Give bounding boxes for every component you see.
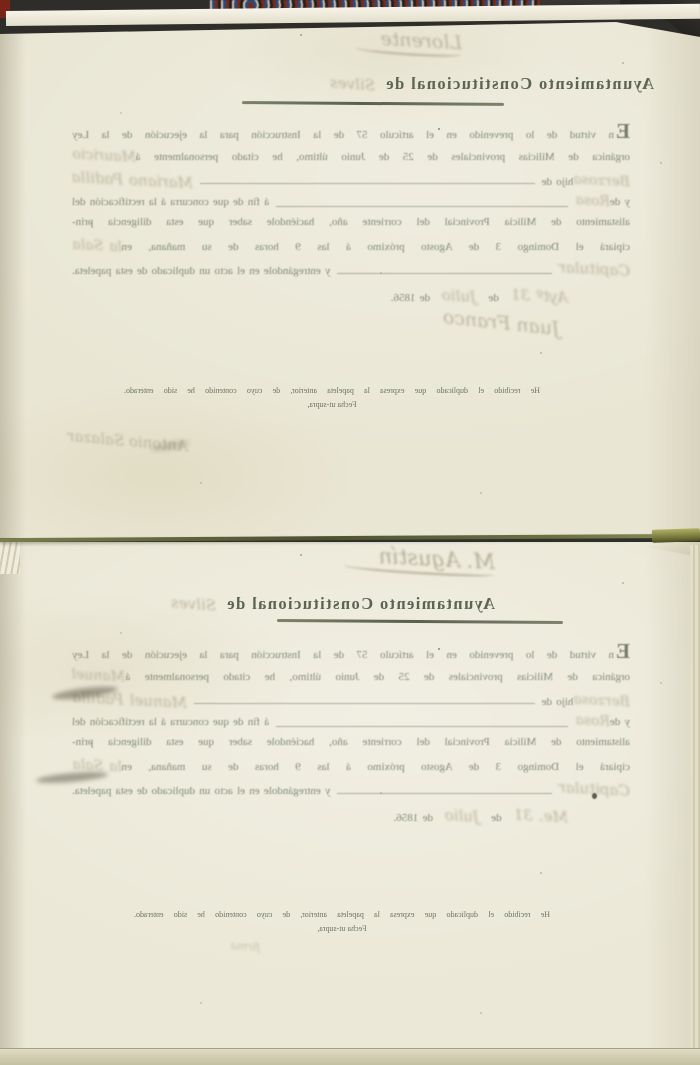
handwriting-town: Silves [329,73,375,94]
handwriting-town: Silves [170,593,216,614]
body-line-1: E n virtud de lo prevenido en el artícul… [72,646,630,668]
body-line-6: cipiará el Domingo 3 de Agosto próximo á… [72,758,630,780]
form-title: Ayuntamiento Constitucional de [385,74,654,94]
receipt-signature: firma [230,939,260,954]
handwriting-mother: Rosa [575,712,610,730]
form-body: E n virtud de lo prevenido en el artícul… [72,126,630,305]
paper-specks [0,22,2,24]
handwriting-month: Julio [442,286,477,306]
blank-rule [200,183,534,184]
handwriting-top: Llorente [380,28,463,58]
form-title: Ayuntamiento Constitucional de [226,594,495,614]
drop-cap: E [616,126,630,136]
handwriting-month: Julio [444,806,479,826]
printed-year: de 1856. [394,812,433,824]
handwriting-place: Capitular [558,258,630,280]
handwriting-mother: Rosa [575,192,610,210]
body-line-7: Capitular y entregándole en el acto un d… [72,260,630,282]
blank-rule [194,703,535,704]
body-line-7: Capitular y entregándole en el acto un d… [72,780,630,802]
receipt-clause: He recibido el duplicado que expresa la … [124,384,540,412]
title-underline [277,619,563,623]
body-line-4: y de Rosa á fin de que concurra á la rec… [72,193,630,215]
handwriting-name: Berzosa [573,171,630,190]
body-line-6: cipiará el Domingo 3 de Agosto próximo á… [72,238,630,260]
body-line-1: E n virtud de lo prevenido en el artícul… [72,126,630,148]
page-stack-edges [0,540,20,574]
binding-tab [652,528,700,543]
date-line: Me. 31 de Julio de 1856. [72,807,630,825]
handwriting-top: M. Agustín [378,544,496,578]
drop-cap: E [616,646,630,656]
handwriting-name: Manuel [72,667,126,686]
handwriting-place: la Sala [72,237,122,256]
blank-rule [276,206,568,207]
page-edge-right [690,545,700,1048]
date-line: Aytº 31 de Julio de 1856. [72,287,630,305]
handwriting-name: Berzosa [573,691,630,710]
ink-dot [592,793,597,799]
blank-rule [276,726,568,727]
document-page: Llorente Ayuntamiento Constitucional de … [0,22,700,538]
handwriting-town-day: Me. 31 [513,805,568,826]
mirrored-bleedthrough-content: Llorente Ayuntamiento Constitucional de … [0,22,700,538]
body-line-5: alistamiento de Milicia Provincial del c… [72,736,630,758]
document-page: M. Agustín Ayuntamiento Constitucional d… [0,542,700,1050]
body-line-5: alistamiento de Milicia Provincial del c… [72,216,630,238]
body-line-2: orgánica de Milicias provinciales de 25 … [72,148,630,170]
body-line-3: Berzosa hijo de Mariano Padilla [72,171,630,193]
form-body: E n virtud de lo prevenido en el artícul… [72,646,630,825]
body-line-4: y de Rosa á fin de que concurra á la rec… [72,713,630,735]
handwriting-father: Mariano Padilla [72,168,194,192]
blank-rule [337,273,551,274]
title-underline [242,101,504,105]
handwriting-town-day: Aytº 31 [510,285,568,306]
handwriting-name: Mauricio [72,147,136,166]
receipt-clause: He recibido el duplicado que expresa la … [134,908,550,936]
page-edge-bottom [0,1048,700,1065]
body-line-3: Berzosa hijo de Manuel Padilla [72,691,630,713]
blank-rule [337,793,551,794]
body-line-2: orgánica de Milicias provinciales de 25 … [72,668,630,690]
printed-year: de 1856. [391,292,430,304]
official-signature: Juan Franco [442,306,561,340]
